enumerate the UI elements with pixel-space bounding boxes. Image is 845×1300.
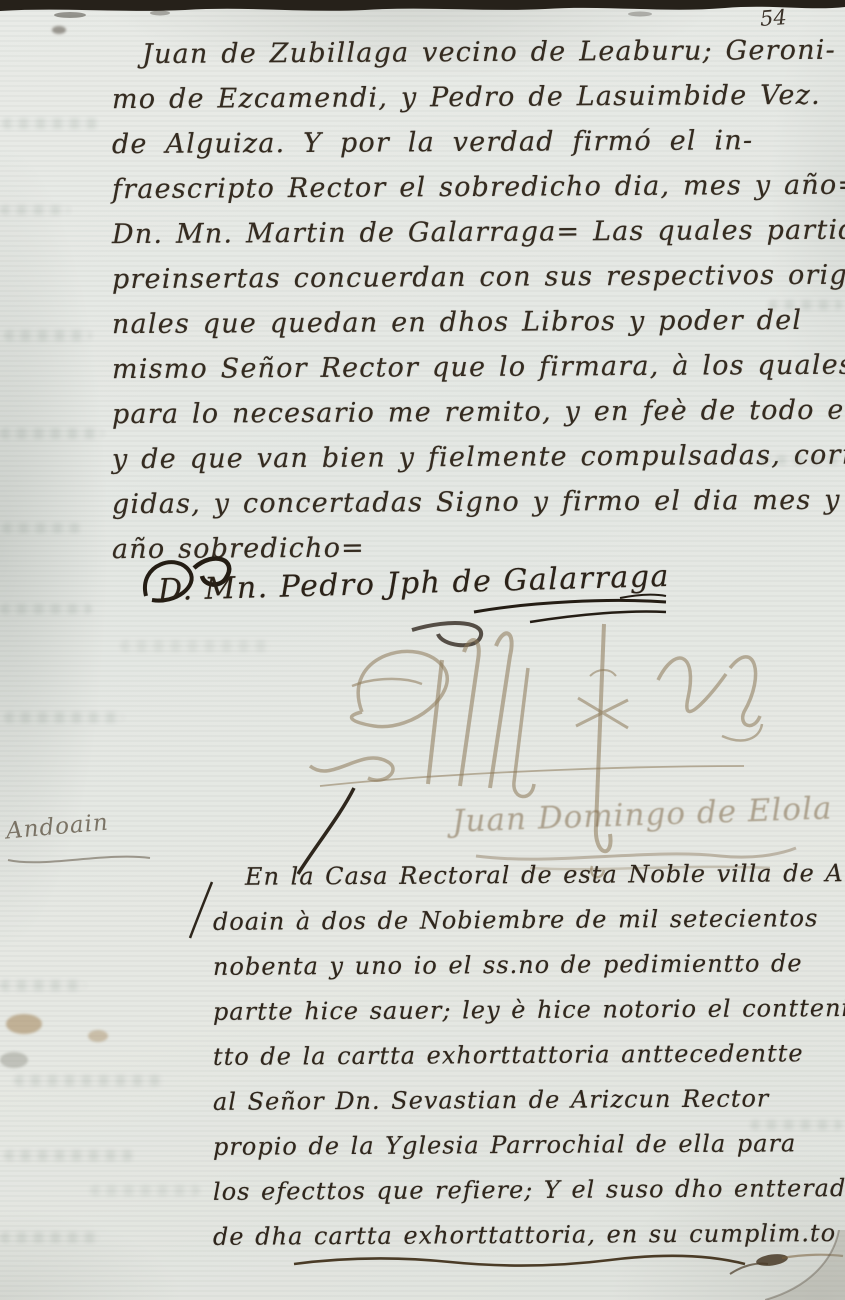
show-through-text [0,1232,100,1243]
manuscript-line: doain à dos de Nobiembre de mil setecien… [213,896,823,945]
manuscript-line: preinsertas concuerdan con sus respectiv… [112,253,812,302]
show-through-text [0,428,104,439]
manuscript-line: fraescripto Rector el sobredicho dia, me… [112,163,812,212]
manuscript-line: para lo necesario me remito, y en feè de… [112,388,812,437]
show-through-text [4,712,124,723]
paragraph-diligence: En la Casa Rectoral de esta Noble villa … [213,853,823,1258]
closing-flourish-line [290,1246,845,1280]
manuscript-line: los efecttos que refiere; Y el suso dho … [213,1166,823,1215]
margin-note-flourish [4,848,154,872]
manuscript-line: de Alguiza. Y por la verdad firmó el in- [112,118,812,167]
show-through-text [2,523,82,533]
folio-number: 54 [759,5,787,31]
ink-stain [0,1052,28,1068]
show-through-text [0,604,92,614]
ink-stain [88,1030,108,1042]
ink-stain [6,1014,42,1034]
manuscript-line: tto de la cartta exhorttattoria antteced… [213,1031,823,1080]
show-through-text [0,205,70,215]
manuscript-line: En la Casa Rectoral de esta Noble villa … [245,851,823,900]
manuscript-line: partte hice sauer; ley è hice notorio el… [213,986,823,1035]
ink-stain [52,26,66,34]
show-through-text [14,1075,164,1086]
manuscript-page: 54 Juan de Zubillaga vecino de Leaburu; … [0,0,845,1300]
manuscript-line: gidas, y concertadas Signo y firmo el di… [112,478,812,527]
manuscript-line: y de que van bien y fielmente compulsada… [112,433,812,482]
manuscript-line: Juan de Zubillaga vecino de Leaburu; Ger… [142,28,812,77]
manuscript-line: Dn. Mn. Martin de Galarraga= Las quales … [112,208,812,257]
manuscript-line: mismo Señor Rector que lo firmara, à los… [112,343,812,392]
paragraph-certification: Juan de Zubillaga vecino de Leaburu; Ger… [112,30,812,570]
show-through-text [90,1185,200,1196]
manuscript-line: nobenta y uno io el ss.no de pedimientto… [213,941,823,990]
manuscript-line: al Señor Dn. Sevastian de Arizcun Rector [213,1076,823,1125]
show-through-text [120,640,270,652]
manuscript-line: nales que quedan en dhos Libros y poder … [112,298,812,347]
manuscript-line: propio de la Yglesia Parrochial de ella … [213,1121,823,1170]
show-through-text [4,1150,134,1161]
page-corner-curl [765,1230,845,1300]
show-through-text [0,980,86,991]
page-top-edge [0,0,845,18]
insertion-mark [186,880,216,940]
show-through-text [2,118,98,129]
manuscript-line: mo de Ezcamendi, y Pedro de Lasuimbide V… [112,73,812,122]
show-through-text [4,330,92,341]
margin-note-place: Andoain [5,810,110,845]
